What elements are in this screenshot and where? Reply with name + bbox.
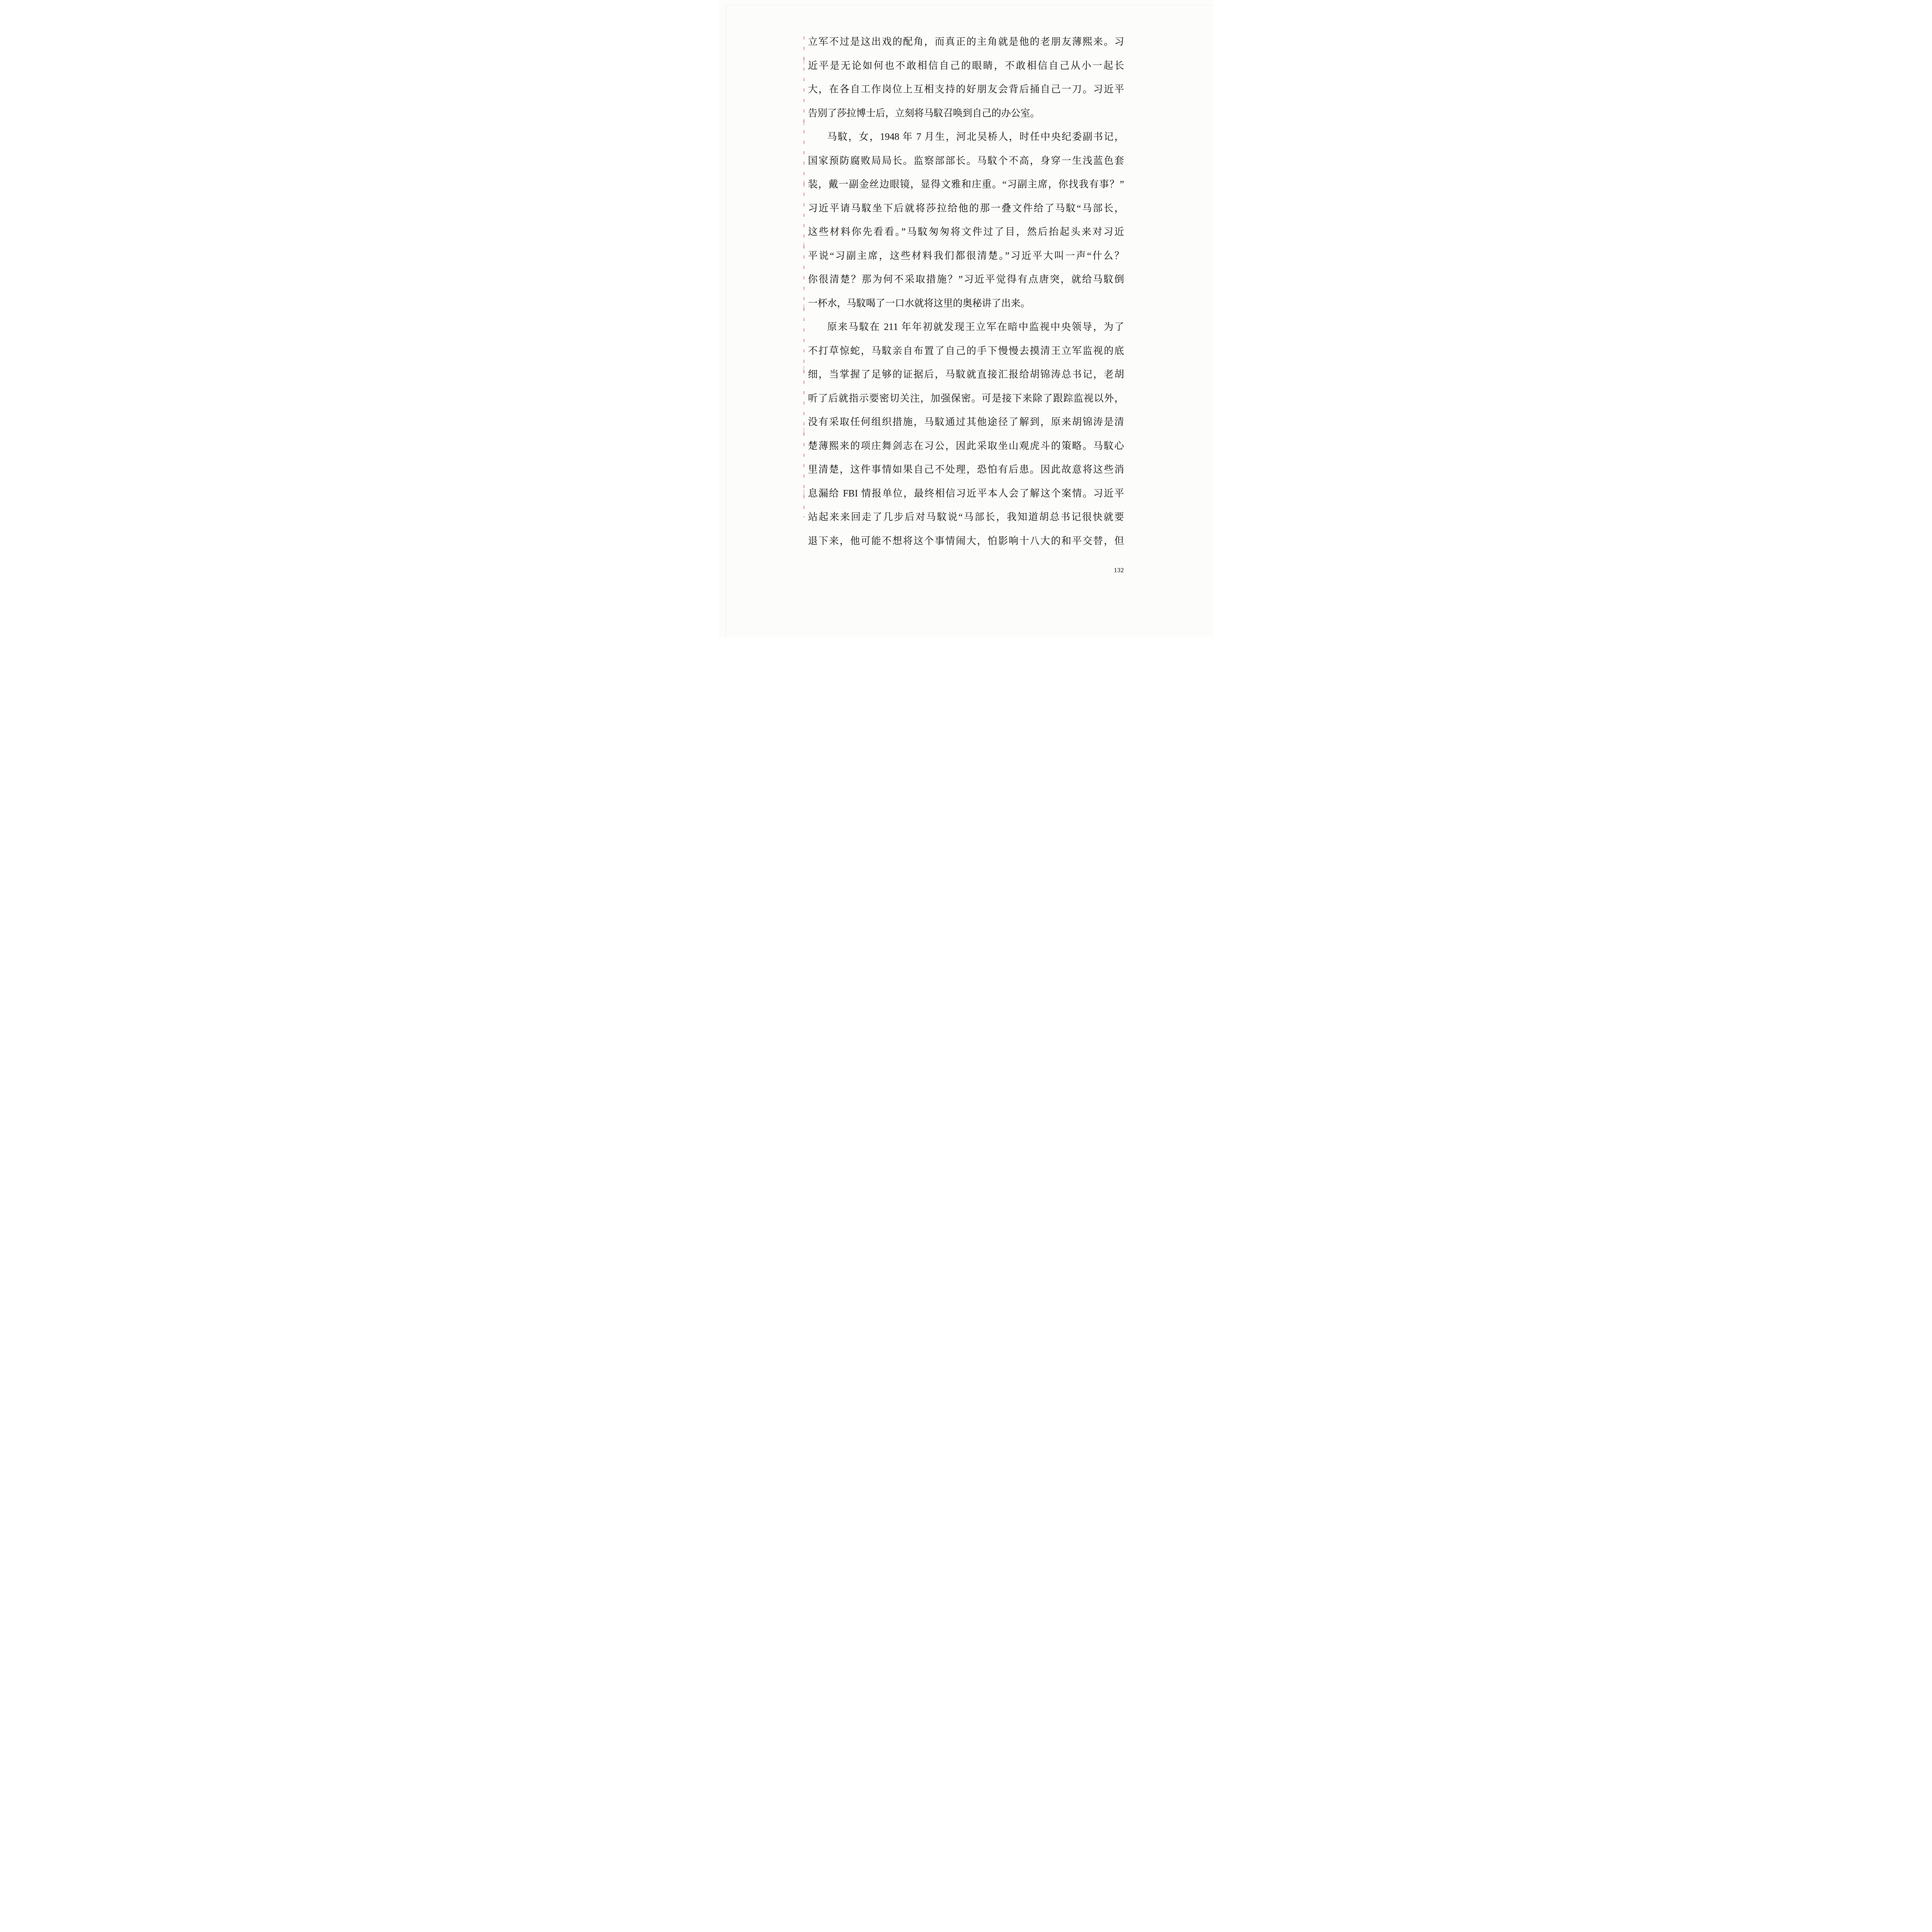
text-line: 细，当掌握了足够的证据后，马馼就直接汇报给胡锦涛总书记，老胡 [808, 363, 1124, 387]
text-block: 立军不过是这出戏的配角，而真正的主角就是他的老朋友薄熙来。习近平是无论如何也不敢… [808, 30, 1124, 553]
text-line: 近平是无论如何也不敢相信自己的眼睛，不敢相信自己从小一起长 [808, 54, 1124, 78]
text-line: 一杯水，马馼喝了一口水就将这里的奥秘讲了出来。 [808, 292, 1124, 316]
text-line: 听了后就指示要密切关注，加强保密。可是接下来除了跟踪监视以外， [808, 387, 1124, 411]
text-line: 习近平请马馼坐下后就将莎拉给他的那一叠文件给了马馼“马部长， [808, 197, 1124, 221]
text-line: 楚薄熙来的项庄舞剑志在习公，因此采取坐山观虎斗的策略。马馼心 [808, 434, 1124, 458]
text-line: 原来马馼在 211 年年初就发现王立军在暗中监视中央领导，为了 [808, 315, 1124, 339]
text-line: 里清楚，这件事情如果自己不处理，恐怕有后患。因此故意将这些消 [808, 458, 1124, 482]
text-line: 装，戴一副金丝边眼镜，显得文雅和庄重。“习副主席，你找我有事？” [808, 173, 1124, 197]
text-line: 这些材料你先看看。”马馼匆匆将文件过了目，然后抬起头来对习近 [808, 220, 1124, 244]
text-line: 平说“习副主席，这些材料我们都很清楚。”习近平大叫一声“什么？ [808, 244, 1124, 268]
text-line: 你很清楚？那为何不采取措施？”习近平觉得有点唐突，就给马馼倒 [808, 268, 1124, 292]
page-number: 132 [1114, 566, 1124, 575]
text-line: 不打草惊蛇，马馼亲自布置了自己的手下慢慢去摸清王立军监视的底 [808, 339, 1124, 363]
red-pen-mark-artifact [803, 36, 804, 517]
text-line: 站起来来回走了几步后对马馼说“马部长，我知道胡总书记很快就要 [808, 505, 1124, 529]
scanned-page: 立军不过是这出戏的配角，而真正的主角就是他的老朋友薄熙来。习近平是无论如何也不敢… [719, 0, 1213, 637]
text-line: 息漏给 FBI 情报单位，最终相信习近平本人会了解这个案情。习近平 [808, 482, 1124, 506]
text-line: 告别了莎拉博士后，立刻将马馼召唤到自己的办公室。 [808, 102, 1124, 126]
text-line: 退下来，他可能不想将这个事情闹大，怕影响十八大的和平交替，但 [808, 529, 1124, 553]
paper-edge-top [726, 5, 1213, 5]
text-line: 立军不过是这出戏的配角，而真正的主角就是他的老朋友薄熙来。习 [808, 30, 1124, 54]
text-line: 马馼，女，1948 年 7 月生，河北吴桥人，时任中央纪委副书记， [808, 125, 1124, 149]
paper-edge-left [726, 5, 726, 637]
text-line: 没有采取任何组织措施，马馼通过其他途径了解到，原来胡锦涛是清 [808, 410, 1124, 434]
text-line: 国家预防腐败局局长。监察部部长。马馼个不高，身穿一生浅蓝色套 [808, 149, 1124, 173]
text-line: 大，在各自工作岗位上互相支持的好朋友会背后捅自己一刀。习近平 [808, 78, 1124, 102]
